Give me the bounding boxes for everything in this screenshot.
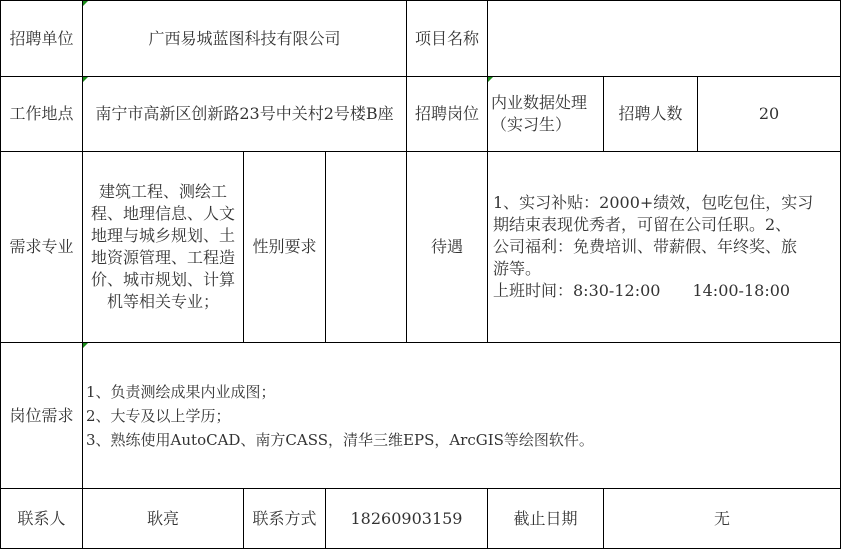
deadline-value[interactable]: 无 bbox=[603, 488, 841, 549]
requirement-line: 3、熟练使用AutoCAD、南方CASS，清华三维EPS，ArcGIS等绘图软件… bbox=[86, 428, 594, 452]
employer-label: 招聘单位 bbox=[0, 0, 83, 77]
position-value[interactable]: 内业数据处理（实习生） bbox=[487, 76, 604, 152]
location-value[interactable]: 南宁市高新区创新路23号中关村2号楼B座 bbox=[82, 76, 407, 152]
employer-value[interactable]: 广西易城蓝图科技有限公司 bbox=[82, 0, 407, 77]
major-label: 需求专业 bbox=[0, 151, 83, 343]
phone-label: 联系方式 bbox=[243, 488, 326, 549]
benefits-line: 期结束表现优秀者，可留在公司任职。2、 bbox=[493, 214, 791, 236]
requirements-label: 岗位需求 bbox=[0, 342, 83, 489]
headcount-value[interactable]: 20 bbox=[697, 76, 841, 152]
position-label: 招聘岗位 bbox=[406, 76, 488, 152]
contact-label: 联系人 bbox=[0, 488, 83, 549]
benefits-value[interactable]: 1、实习补贴：2000+绩效，包吃包住，实习 期结束表现优秀者，可留在公司任职。… bbox=[487, 151, 841, 343]
benefits-line: 上班时间：8:30-12:00 14:00-18:00 bbox=[493, 280, 790, 302]
project-value[interactable] bbox=[487, 0, 841, 77]
benefits-line: 1、实习补贴：2000+绩效，包吃包住，实习 bbox=[493, 192, 813, 214]
requirement-line: 1、负责测绘成果内业成图； bbox=[86, 380, 276, 404]
gender-value[interactable] bbox=[325, 151, 407, 343]
requirement-line: 2、大专及以上学历； bbox=[86, 404, 231, 428]
major-value[interactable]: 建筑工程、测绘工程、地理信息、人文地理与城乡规划、土地资源管理、工程造价、城市规… bbox=[82, 151, 244, 343]
contact-value[interactable]: 耿亮 bbox=[82, 488, 244, 549]
project-label: 项目名称 bbox=[406, 0, 488, 77]
gender-label: 性别要求 bbox=[243, 151, 326, 343]
benefits-line: 游等。 bbox=[493, 258, 541, 280]
benefits-label: 待遇 bbox=[406, 151, 488, 343]
phone-value[interactable]: 18260903159 bbox=[325, 488, 488, 549]
requirements-value[interactable]: 1、负责测绘成果内业成图； 2、大专及以上学历； 3、熟练使用AutoCAD、南… bbox=[82, 342, 841, 489]
location-label: 工作地点 bbox=[0, 76, 83, 152]
headcount-label: 招聘人数 bbox=[603, 76, 698, 152]
deadline-label: 截止日期 bbox=[487, 488, 604, 549]
benefits-line: 公司福利：免费培训、带薪假、年终奖、旅 bbox=[493, 236, 797, 258]
